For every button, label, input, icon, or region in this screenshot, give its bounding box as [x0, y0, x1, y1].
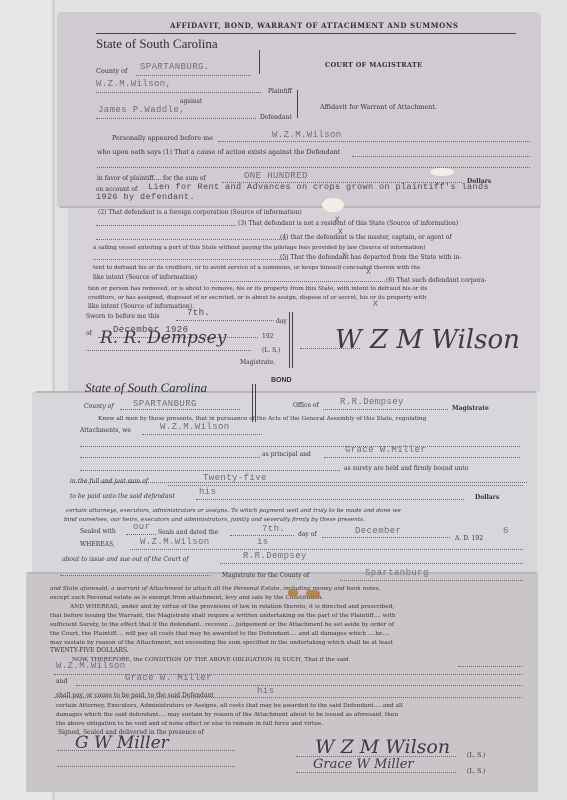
appeared-label: Personally appeared before me — [112, 134, 213, 142]
dotted-line — [96, 92, 261, 93]
office-label: Office of — [293, 402, 319, 410]
plaintiff-name: W.Z.M.Wilson, — [96, 80, 171, 88]
surety-name: Grace W.Miller — [345, 446, 426, 454]
dotted-line — [458, 666, 522, 667]
x-mark: X — [342, 252, 347, 261]
dotted-line — [57, 766, 235, 767]
dotted-line — [76, 685, 522, 686]
sealed-label: Sealed with — [80, 528, 116, 536]
office-magistrate-label: Magistrate — [452, 405, 489, 413]
sum-label: in the full and just sum of — [70, 478, 148, 486]
dotted-line — [126, 534, 156, 535]
above-obligation-text: the above obligation to be void and of n… — [56, 720, 323, 728]
clause-3: (3) That defendant is not a resident of … — [238, 220, 458, 228]
dotted-line — [60, 575, 210, 576]
document-header-title: AFFIDAVIT, BOND, WARRANT OF ATTACHMENT A… — [170, 22, 458, 30]
clause-2: (2) That defendant is a foreign corporat… — [98, 209, 302, 217]
account-line-1: Lien for Rent and Advances on crops grow… — [148, 183, 489, 191]
court-title: COURT OF MAGISTRATE — [325, 61, 422, 69]
may-sustain-text: may sustain by reason of the Attachment,… — [50, 639, 393, 647]
magistrate-county-label: Magistrate for the County of — [222, 572, 309, 580]
clause-4b: a sailing vessel entering a port of this… — [93, 244, 425, 252]
surety-label: as surety are held and firmly bound unto — [344, 465, 468, 473]
dotted-line — [93, 259, 288, 260]
sworn-label: Sworn to before me this — [86, 313, 159, 321]
magistrate-label: Magistrate. — [240, 359, 275, 367]
said-name: W.Z.M.Wilson — [56, 662, 126, 670]
affiant-signature: W Z M Wilson — [335, 325, 520, 355]
principal-label: as principal and — [262, 451, 311, 459]
bond-county-label: County of — [84, 403, 113, 411]
dotted-line — [230, 535, 294, 536]
sworn-day: 7th. — [187, 309, 210, 317]
paper-hole — [322, 198, 344, 212]
principal-name: W.Z.M.Wilson — [160, 423, 230, 431]
principal-signature: W Z M Wilson — [315, 736, 450, 758]
about-label: about to issue and sue out of the Court … — [62, 556, 189, 564]
and-name: Grace W. Miller — [125, 674, 212, 682]
paper-stain — [288, 589, 298, 597]
form-title: Affidavit for Warrant of Attachment. — [320, 103, 437, 111]
county-value: SPARTANBURG. — [140, 63, 210, 71]
and-label: and — [56, 678, 67, 686]
bond-dollars-label: Dollars — [475, 494, 499, 502]
bond-state-title: State of South Carolina — [85, 384, 207, 392]
dotted-line — [352, 156, 530, 157]
shall-pay-text: shall pay, or cause to be paid, to the s… — [56, 692, 214, 700]
and-whereas-text: AND WHEREAS, under and by virtue of the … — [70, 603, 394, 611]
paper-stain — [306, 590, 320, 598]
dotted-line — [96, 239, 286, 240]
defendant-name: James P.Waddle, — [98, 106, 185, 114]
paid-label: to be paid unto the said defendant — [70, 493, 175, 501]
dotted-line — [80, 446, 520, 447]
dotted-line — [196, 499, 464, 500]
dotted-line — [323, 409, 448, 410]
fold-line — [60, 206, 540, 208]
clause-5c: like intent (Source of information) — [93, 274, 197, 282]
clause-6a: (6) That such defendant corpora- — [386, 277, 487, 285]
of-label: of — [86, 330, 92, 338]
clause-6b: tion or person has removed, or is about … — [88, 285, 427, 293]
dotted-line — [168, 485, 523, 486]
magistrate-signature: R. R. Dempsey — [100, 328, 226, 348]
dotted-line — [296, 772, 456, 773]
clause-4a: (4) that the defendant is the master, ca… — [280, 234, 452, 242]
ad-year-digit: 6 — [503, 527, 509, 535]
dotted-line — [80, 457, 260, 458]
dotted-line — [324, 457, 520, 458]
day-of-label: day of — [298, 531, 317, 539]
dated-day: 7th. — [262, 525, 285, 533]
the-court-text: the Court, the Plaintiff.... will pay al… — [50, 630, 390, 638]
appeared-name: W.Z.M.Wilson — [272, 131, 342, 139]
dotted-line — [176, 320, 274, 321]
bond-title: BOND — [271, 377, 292, 385]
bond-sum-value: Twenty-five — [203, 474, 267, 482]
defendant-label: Defendant — [260, 114, 292, 122]
dotted-line — [142, 434, 262, 435]
dotted-line — [97, 167, 530, 168]
principal-ls: (L. S.) — [467, 752, 485, 760]
sufficient-text: sufficient Surety, to the effect that if… — [50, 621, 394, 629]
magistrate-county: Spartanburg — [365, 569, 429, 577]
except-text: except such Personal estate as is exempt… — [50, 594, 323, 602]
clause-6d: like intent (Source of information). — [88, 303, 194, 311]
header-rule — [96, 33, 516, 34]
county-label: County of — [96, 67, 127, 75]
bond-county-value: SPARTANBURG — [133, 400, 197, 408]
sealed-with: our — [133, 523, 150, 531]
sum-value: ONE HUNDRED — [244, 172, 308, 180]
dated-month: December — [355, 527, 401, 535]
plaintiff-label: Plaintiff — [268, 88, 292, 96]
surety-signature: Grace W Miller — [313, 757, 414, 772]
dotted-line — [322, 537, 450, 538]
x-mark: X — [335, 216, 340, 225]
x-mark: X — [338, 228, 343, 237]
bracket — [259, 50, 260, 74]
office-name: R.R.Dempsey — [340, 398, 404, 406]
know-text: Know all men by these presents, that in … — [98, 415, 426, 423]
dotted-line — [57, 750, 235, 751]
x-mark: X — [373, 300, 378, 309]
clause-5b: tent to defraud his or its creditors, or… — [93, 264, 420, 272]
dotted-line — [130, 549, 523, 550]
state-title: State of South Carolina — [96, 40, 218, 48]
year-prefix: 192 — [262, 333, 273, 341]
ls-label: (L. S.) — [262, 347, 280, 355]
dotted-line — [96, 118, 256, 119]
state-aforesaid-text: and State aforesaid, a warrant of Attach… — [50, 585, 381, 593]
divider — [289, 312, 290, 368]
certain-attorney-text: certain Attorney, Executors, Administrat… — [56, 702, 403, 710]
x-mark: X — [366, 268, 371, 277]
bind-text: bind ourselves, our heirs, executors and… — [64, 516, 365, 524]
shall-pay-to: his — [257, 687, 274, 695]
paper-hole — [430, 168, 454, 176]
dotted-line — [120, 409, 240, 410]
seals-dated: Seals and dated the — [158, 529, 218, 537]
court-of-name: R.R.Dempsey — [243, 552, 307, 560]
attorneys-text: certain attorneys, executors, administra… — [66, 507, 401, 515]
clause-5a: (5) That the defendant has departed from… — [280, 254, 461, 262]
paid-to: his — [199, 488, 216, 496]
dotted-line — [220, 563, 523, 564]
whereas-label: WHEREAS, — [80, 541, 115, 549]
whereas-name: W.Z.M.Wilson — [140, 538, 210, 546]
dotted-line — [340, 580, 523, 581]
bracket — [297, 90, 298, 118]
surety-ls: (L. S.) — [467, 768, 485, 776]
oath-text: who upon oath says (1) That a cause of a… — [97, 148, 340, 156]
day-label: day — [276, 318, 287, 326]
dotted-line — [86, 350, 251, 351]
damages-which-text: damages which the said defendant.... may… — [56, 711, 398, 719]
twenty-five-text: TWENTY-FIVE DOLLARS. — [50, 647, 129, 655]
account-line-2: 1926 by defendant. — [96, 193, 195, 201]
whereas-is: is — [257, 538, 269, 546]
dotted-line — [80, 470, 340, 471]
dotted-line — [210, 281, 385, 282]
dotted-line — [218, 141, 530, 142]
divider — [292, 312, 293, 368]
attachments-label: Attachments, we — [80, 427, 131, 435]
dotted-line — [96, 225, 236, 226]
that-before-text: that before issuing the Warrant, the Mag… — [50, 612, 396, 620]
ad-label: A. D. 192 — [455, 535, 483, 543]
dotted-line — [136, 75, 251, 76]
